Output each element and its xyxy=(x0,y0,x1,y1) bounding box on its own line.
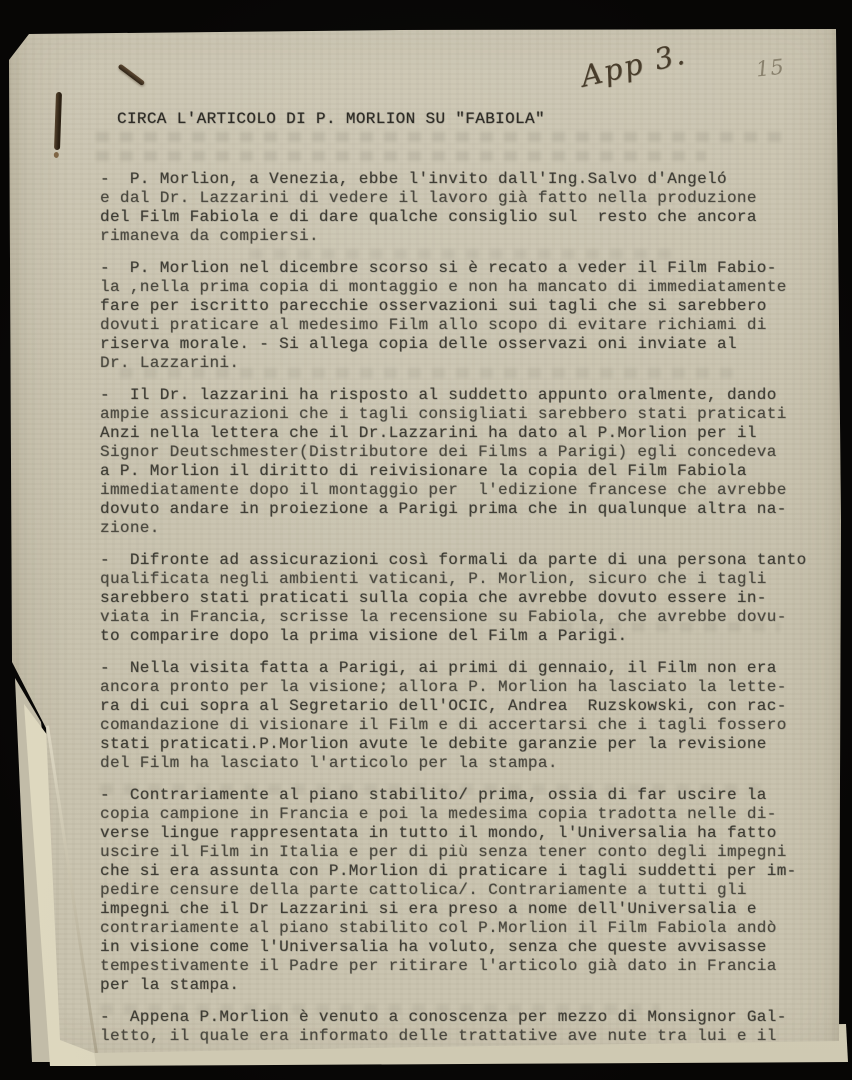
text-line: fare per iscritto parecchie osservazioni… xyxy=(100,297,830,316)
text-line: dovuto andare in proiezione a Parigi pri… xyxy=(100,500,830,519)
text-line: rimaneva da compiersi. xyxy=(100,227,830,246)
document-title: CIRCA L'ARTICOLO DI P. MORLION SU "FABIO… xyxy=(117,110,545,128)
paper-sheet: App 3. 15 CIRCA L'ARTICOLO DI P. MORLION… xyxy=(0,0,852,1080)
paragraph: - Il Dr. lazzarini ha risposto al suddet… xyxy=(100,386,830,538)
text-line: contrariamente al piano stabilito col P.… xyxy=(100,919,830,938)
handwritten-page-number: 15 xyxy=(755,55,786,82)
text-line: tempestivamente il Padre per ritirare l'… xyxy=(100,957,830,976)
text-line: che si era assunta con P.Morlion di prat… xyxy=(100,862,830,881)
text-line: - Appena P.Morlion è venuto a conoscenza… xyxy=(100,1008,830,1027)
text-line: riserva morale. - Si allega copia delle … xyxy=(100,335,830,354)
text-line: - P. Morlion nel dicembre scorso si è re… xyxy=(100,259,830,278)
document-body: - P. Morlion, a Venezia, ebbe l'invito d… xyxy=(100,170,830,1059)
text-line: Signor Deutschmester(Distributore dei Fi… xyxy=(100,443,830,462)
staple-mark xyxy=(117,64,145,87)
text-line: - Nella visita fatta a Parigi, ai primi … xyxy=(100,659,830,678)
text-line: ra di cui sopra al Segretario dell'OCIC,… xyxy=(100,697,830,716)
text-line: zione. xyxy=(100,519,830,538)
bleed-through-mark xyxy=(96,132,786,142)
text-line: impegni che il Dr Lazzarini si era preso… xyxy=(100,900,830,919)
paragraph: - Difronte ad assicurazioni così formali… xyxy=(100,551,830,646)
text-line: del Film Fabiola e di dare qualche consi… xyxy=(100,208,830,227)
text-line: viata in Francia, scrisse la recensione … xyxy=(100,608,830,627)
text-line: a P. Morlion il diritto di reivisionare … xyxy=(100,462,830,481)
text-line: immediatamente dopo il montaggio per l'e… xyxy=(100,481,830,500)
handwritten-annotation: App 3. xyxy=(578,36,690,93)
text-line: comandazione di visionare il Film e di a… xyxy=(100,716,830,735)
text-line: ancora pronto per la visione; allora P. … xyxy=(100,678,830,697)
text-line: stati praticati.P.Morlion avute le debit… xyxy=(100,735,830,754)
text-line: copia campione in Francia e poi la medes… xyxy=(100,805,830,824)
paragraph: - Contrariamente al piano stabilito/ pri… xyxy=(100,786,830,995)
text-line: - P. Morlion, a Venezia, ebbe l'invito d… xyxy=(100,170,830,189)
text-line: pedire censure della parte cattolica/. C… xyxy=(100,881,830,900)
text-line: in visione come l'Universalia ha voluto,… xyxy=(100,938,830,957)
staple-mark xyxy=(54,92,62,150)
bleed-through-mark xyxy=(96,151,706,161)
text-line: e dal Dr. Lazzarini di vedere il lavoro … xyxy=(100,189,830,208)
text-line: del Film ha lasciato l'articolo per la s… xyxy=(100,754,830,773)
paragraph: - Nella visita fatta a Parigi, ai primi … xyxy=(100,659,830,773)
paragraph: - P. Morlion, a Venezia, ebbe l'invito d… xyxy=(100,170,830,246)
text-line: sarebbero stati praticati sulla copia ch… xyxy=(100,589,830,608)
text-line: - Difronte ad assicurazioni così formali… xyxy=(100,551,830,570)
text-line: per la stampa. xyxy=(100,976,830,995)
text-line: la ,nella prima copia di montaggio e non… xyxy=(100,278,830,297)
text-line: - Il Dr. lazzarini ha risposto al suddet… xyxy=(100,386,830,405)
paragraph: - P. Morlion nel dicembre scorso si è re… xyxy=(100,259,830,373)
text-line: - Contrariamente al piano stabilito/ pri… xyxy=(100,786,830,805)
text-line: qualificata negli ambienti vaticani, P. … xyxy=(100,570,830,589)
text-line: Anzi nella lettera che il Dr.Lazzarini h… xyxy=(100,424,830,443)
paragraph: - Appena P.Morlion è venuto a conoscenza… xyxy=(100,1008,830,1046)
text-line: Dr. Lazzarini. xyxy=(100,354,830,373)
text-line: dovuti praticare al medesimo Film allo s… xyxy=(100,316,830,335)
text-line: to comparire dopo la prima visione del F… xyxy=(100,627,830,646)
text-line: verse lingue rappresentata in tutto il m… xyxy=(100,824,830,843)
text-line: uscire il Film in Italia e per di più se… xyxy=(100,843,830,862)
text-line: ampie assicurazioni che i tagli consigli… xyxy=(100,405,830,424)
